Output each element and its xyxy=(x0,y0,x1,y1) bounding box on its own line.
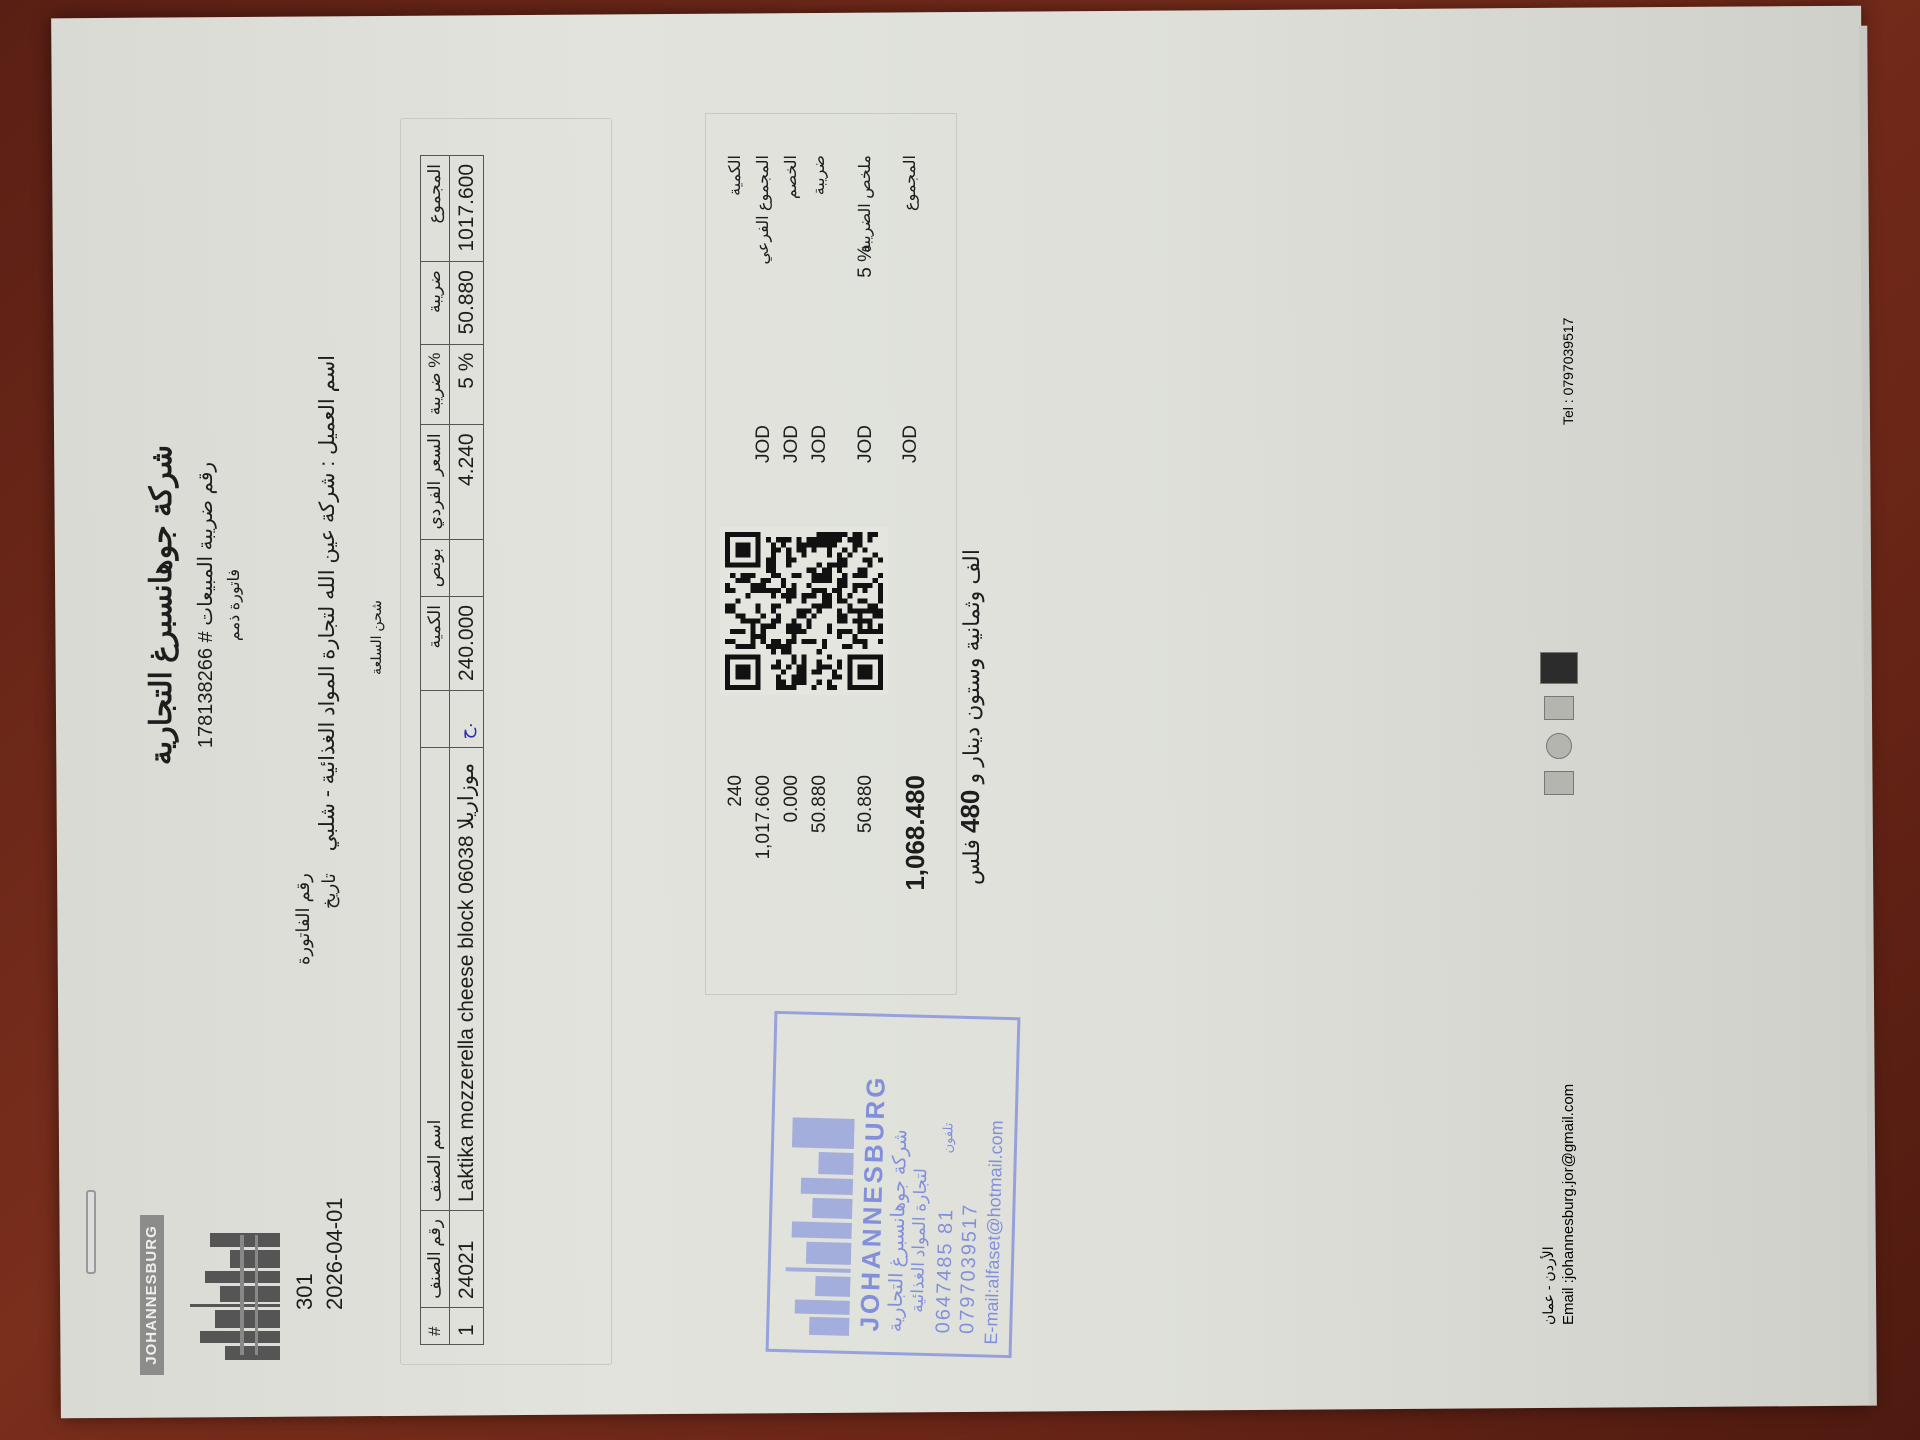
row-tax-percent: 5 % xyxy=(450,344,484,425)
certification-logo-icon xyxy=(1544,771,1574,795)
total-row-tax: ضريبة JOD 50.880 xyxy=(809,155,837,895)
row-item-code: 24021 xyxy=(450,1211,484,1308)
total-label: المجموع xyxy=(900,155,920,211)
document-type: فاتورة ذمم xyxy=(224,255,244,955)
tax-number-value: 178138266 xyxy=(195,648,217,748)
row-bonus xyxy=(450,540,484,597)
row-quantity: 240.000 xyxy=(450,597,484,691)
tax-number-label: رقم ضريبة المبيعات # xyxy=(195,462,217,643)
row-unit-price: 4.240 xyxy=(450,425,484,540)
col-unit-price: السعر الفردي xyxy=(421,425,450,540)
certification-logos xyxy=(1540,644,1578,795)
amount-in-words: الف وثمانية وستون دينار و 480 فلس xyxy=(955,549,986,885)
col-tax-percent: ضريبة % xyxy=(421,344,450,425)
col-item-code: رقم الصنف xyxy=(421,1211,450,1308)
total-value: 240 xyxy=(725,775,747,895)
items-table: # رقم الصنف اسم الصنف الكمية بونص السعر … xyxy=(420,155,484,1345)
amount-words-main: الف وثمانية وستون دينار و xyxy=(959,549,984,784)
total-label: المجموع الفرعي xyxy=(753,155,773,265)
stamp-email: E-mail:alfaset@hotmail.com xyxy=(981,1120,1008,1345)
amount-words-fils: 480 xyxy=(955,790,985,833)
total-label: الكمية xyxy=(725,155,745,196)
stamp-phone-2: 0797039517 xyxy=(956,1203,982,1335)
stamp-phone-1: 0647485 81 xyxy=(932,1207,958,1333)
total-row-grand-total: المجموع JOD 1,068.480 xyxy=(900,155,928,895)
total-row-quantity: الكمية 240 xyxy=(725,155,753,895)
col-total: المجموع xyxy=(421,156,450,262)
row-item-name: Laktika mozzerella cheese block 06038 مو… xyxy=(450,748,484,1211)
invoice-footer: الأردن - عمان Email :johannesburg.jor@gm… xyxy=(1540,25,1600,1325)
total-currency: JOD xyxy=(855,425,877,463)
total-label: ضريبة xyxy=(809,155,829,195)
total-label: ملخص الضريبة xyxy=(855,155,875,253)
total-value: 50.880 xyxy=(809,775,831,895)
row-index: 1 xyxy=(450,1308,484,1345)
grand-total-value: 1,068.480 xyxy=(900,775,931,895)
total-label: الخصم xyxy=(781,155,801,199)
invoice-date-label: تاريخ xyxy=(316,873,342,965)
total-percent: 5 % xyxy=(855,245,877,278)
delivery-label: شحن السلعة xyxy=(368,600,385,675)
total-currency: JOD xyxy=(900,425,922,463)
row-total: 1017.600 xyxy=(450,156,484,262)
tax-number: رقم ضريبة المبيعات # 178138266 xyxy=(193,255,218,955)
invoice-number-label: رقم الفاتورة xyxy=(290,873,316,965)
amount-words-suffix: فلس xyxy=(959,839,984,885)
total-value: 0.000 xyxy=(781,775,803,895)
total-row-subtotal: المجموع الفرعي JOD 1,017.600 xyxy=(753,155,781,895)
col-quantity: الكمية xyxy=(421,597,450,691)
company-name: شركة جوهانسبرغ التجارية xyxy=(144,255,179,955)
invoice-date: 2026-04-01 xyxy=(320,1197,350,1310)
total-value: 50.880 xyxy=(855,775,877,895)
company-stamp: JOHANNESBURG شركة جوهانسبرغ التجارية لتج… xyxy=(766,1011,1021,1358)
customer-line: اسم العميل : شركة عين الله لتجارة المواد… xyxy=(315,355,340,851)
footer-country: الأردن - عمان xyxy=(1540,1205,1557,1325)
col-unit xyxy=(421,691,450,748)
skyline-icon xyxy=(170,1225,280,1365)
invoice-meta-labels: رقم الفاتورة تاريخ xyxy=(290,873,342,965)
paper-edge xyxy=(1859,26,1877,1406)
footer-email: Email :johannesburg.jor@gmail.com xyxy=(1560,1084,1577,1325)
row-unit: ح. xyxy=(450,691,484,748)
certification-badge-icon xyxy=(1544,696,1574,720)
staple xyxy=(86,1190,96,1274)
logo-text: JOHANNESBURG xyxy=(140,1215,164,1375)
items-header-row: # رقم الصنف اسم الصنف الكمية بونص السعر … xyxy=(421,156,450,1345)
col-index: # xyxy=(421,1308,450,1345)
col-tax: ضريبة xyxy=(421,262,450,344)
col-item-name: اسم الصنف xyxy=(421,748,450,1211)
invoice-meta: 301 2026-04-01 xyxy=(290,1197,350,1310)
company-logo: JOHANNESBURG xyxy=(140,1205,280,1375)
company-block: شركة جوهانسبرغ التجارية رقم ضريبة المبيع… xyxy=(138,255,244,955)
total-currency: JOD xyxy=(753,425,775,463)
invoice-page: JOHANNESBURG شركة جوهانسبرغ التجارية رقم… xyxy=(130,95,1140,1395)
invoice-number: 301 xyxy=(290,1197,320,1310)
customer-name: شركة عين الله لتجارة المواد الغذائية - ش… xyxy=(316,473,339,852)
certification-mark-icon xyxy=(1540,652,1578,684)
total-row-discount: الخصم JOD 0.000 xyxy=(781,155,809,895)
total-row-tax-summary: ملخص الضريبة JOD 5 % 50.880 xyxy=(855,155,883,895)
invoice-header: JOHANNESBURG شركة جوهانسبرغ التجارية رقم… xyxy=(130,95,370,1395)
total-value: 1,017.600 xyxy=(753,775,775,895)
stamp-skyline-icon xyxy=(779,1109,855,1341)
certification-seal-icon xyxy=(1546,733,1572,759)
table-row: 1 24021 Laktika mozzerella cheese block … xyxy=(450,156,484,1345)
footer-tel: Tel : 0797039517 xyxy=(1560,318,1576,425)
total-currency: JOD xyxy=(781,425,803,463)
row-tax: 50.880 xyxy=(450,262,484,344)
col-bonus: بونص xyxy=(421,540,450,597)
total-currency: JOD xyxy=(809,425,831,463)
stamp-phone-1-label: تلفون xyxy=(940,1122,957,1153)
customer-label: اسم العميل : xyxy=(316,355,339,467)
